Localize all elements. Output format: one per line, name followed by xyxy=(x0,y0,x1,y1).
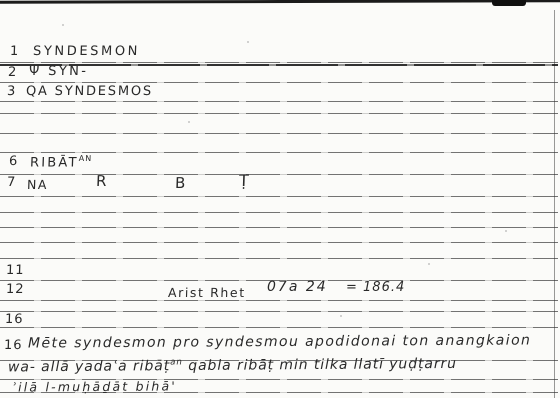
ruled-line xyxy=(0,62,558,63)
ruled-line xyxy=(0,82,558,83)
ruled-line xyxy=(0,152,558,153)
scan-speck xyxy=(62,24,64,26)
ruled-line xyxy=(0,242,558,243)
ruled-line xyxy=(0,300,558,301)
ruled-line xyxy=(0,327,558,328)
row-6-arabic-equivalent: RIBĀTAN xyxy=(30,154,93,170)
scan-top-edge xyxy=(0,0,560,4)
scan-right-edge xyxy=(554,10,555,398)
ruled-line xyxy=(0,227,558,228)
ruled-line xyxy=(0,258,558,259)
arabic-post: qabla ribāṭ min tilka llatī yuḍṭarru xyxy=(183,356,457,374)
quote-arabic-line-1: wa- allā yadaʿa ribāṭan qabla ribāṭ min … xyxy=(8,355,457,375)
arabic-tanwin-superscript: an xyxy=(170,357,183,367)
arabic-pre: wa- allā yadaʿa ribāṭ xyxy=(8,358,170,375)
row-3-text: QA SYNDESMOS xyxy=(26,84,153,99)
source-work: Arist Rhet xyxy=(168,285,246,300)
row-12-number: 12 xyxy=(6,282,25,297)
ruled-line xyxy=(0,311,558,312)
row-11-number: 11 xyxy=(6,263,25,278)
row-6-superscript: AN xyxy=(79,154,93,163)
row-1-lemma: SYNDESMON xyxy=(33,44,140,59)
scan-speck xyxy=(188,121,190,123)
ruled-line xyxy=(0,101,558,102)
scan-speck xyxy=(505,230,507,232)
row-7-number: 7 xyxy=(7,175,16,190)
row-2-number: 2 xyxy=(8,65,17,80)
quote-greek-line: Mēte syndesmon pro syndesmou apodidonai … xyxy=(28,332,531,351)
root-letter-r: R xyxy=(96,172,107,190)
row-2-text: Ψ SYN- xyxy=(29,64,89,79)
ruled-line xyxy=(0,196,558,197)
row-14-number: 16 xyxy=(5,312,24,327)
source-page-ref: = 186.4 xyxy=(346,280,405,295)
row-6-text: RIBĀT xyxy=(30,155,79,170)
ruled-line xyxy=(0,212,558,213)
root-letter-t: Ṭ xyxy=(239,171,249,190)
row-1-number: 1 xyxy=(10,44,19,59)
ruled-line xyxy=(0,133,558,134)
root-letter-na: NA xyxy=(27,177,48,192)
scan-top-smudge xyxy=(492,0,526,6)
quote-arabic-line-2: ʾilā l-muḥāḏāt bihā' xyxy=(12,378,177,394)
quote-field-number: 16 xyxy=(4,338,23,353)
row-6-number: 6 xyxy=(9,154,18,169)
ruled-line xyxy=(0,174,558,175)
scan-speck xyxy=(340,315,342,317)
root-letter-b: B xyxy=(175,174,186,192)
row-3-number: 3 xyxy=(7,84,16,99)
lexicon-slip-card: 1 SYNDESMON 2 Ψ SYN- 3 QA SYNDESMOS 6 RI… xyxy=(0,0,560,398)
scan-speck xyxy=(247,41,249,43)
source-locus: 07a 24 xyxy=(267,279,328,295)
ruled-line xyxy=(0,113,558,114)
scan-speck xyxy=(428,263,430,265)
